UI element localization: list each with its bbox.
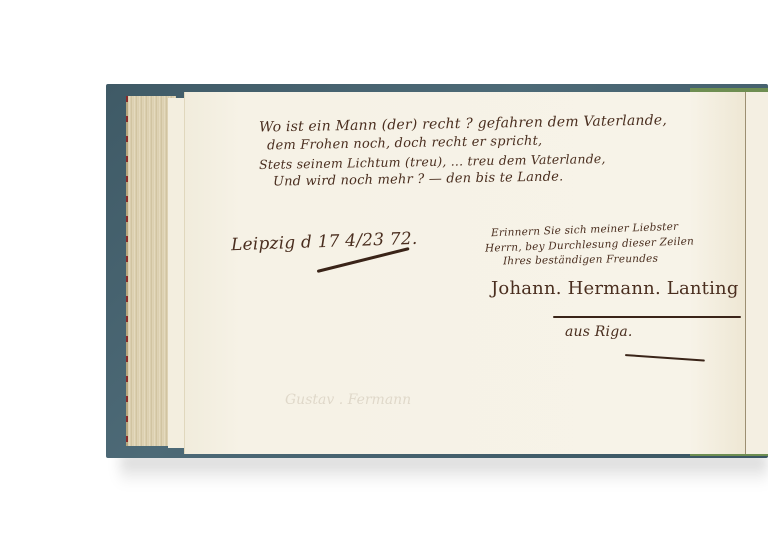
verse-line-1: Wo ist ein Mann (der) recht ? gefahren d…	[259, 112, 667, 135]
facing-page	[745, 92, 768, 454]
verse-line-2: dem Frohen noch, doch recht er spricht,	[267, 134, 543, 154]
bleed-through-text: Gustav . Fermann	[285, 392, 411, 408]
album-page: Gustav . Fermann Wo ist ein Mann (der) r…	[184, 92, 745, 454]
album-photo: Gustav . Fermann Wo ist ein Mann (der) r…	[0, 0, 768, 537]
origin: aus Riga.	[565, 324, 633, 340]
signature: Johann. Hermann. Lanting	[491, 278, 739, 299]
book-shadow	[120, 455, 768, 485]
red-page-edge	[126, 96, 128, 446]
origin-flourish	[625, 354, 705, 362]
verse-line-4: Und wird noch mehr ? — den bis te Lande.	[273, 169, 564, 189]
dedication-line-3: Ihres beständigen Freundes	[503, 253, 658, 268]
signature-underline	[553, 316, 741, 318]
